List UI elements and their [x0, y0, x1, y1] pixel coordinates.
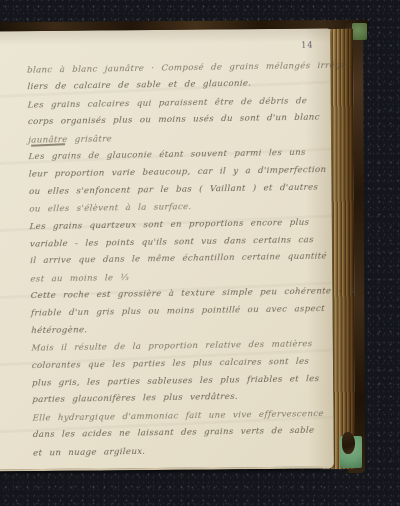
manuscript-page: 14 blanc à blanc jaunâtre · Composé de g…	[0, 28, 334, 471]
manuscript-line: et un nuage argileux.	[33, 441, 326, 463]
photo-background: 14 blanc à blanc jaunâtre · Composé de g…	[0, 0, 400, 506]
green-binding-corner-bottom	[340, 436, 362, 468]
page-number: 14	[301, 41, 313, 50]
green-binding-corner-top	[352, 23, 367, 40]
manuscript-text: blanc à blanc jaunâtre · Composé de grai…	[27, 58, 325, 463]
